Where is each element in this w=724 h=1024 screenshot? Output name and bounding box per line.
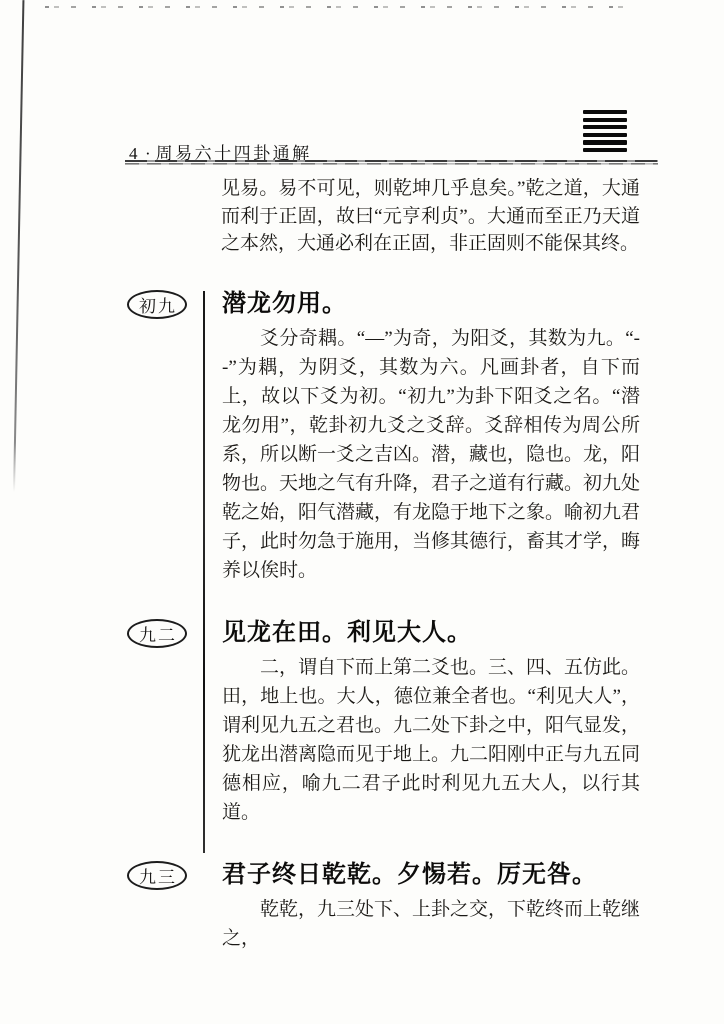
margin-label-column: 九二 [127,617,222,827]
hexagram-qian-icon [583,110,627,152]
line-label: 九二 [139,621,177,646]
commentary-sections: 初九 潜龙勿用。 爻分奇耦。“—”为奇，为阳爻，其数为九。“--”为耦，为阴爻，… [127,288,640,953]
line-label-badge: 九二 [127,619,187,648]
yang-line-bar [583,140,627,144]
section-text-column: 潜龙勿用。 爻分奇耦。“—”为奇，为阳爻，其数为九。“--”为耦，为阴爻，其数为… [222,288,640,585]
header-rule [125,160,658,165]
line-statement-heading: 潜龙勿用。 [222,288,640,321]
line-statement-heading: 君子终日乾乾。夕惕若。厉无咎。 [222,859,640,892]
intro-paragraph: 见易。易不可见，则乾坤几乎息矣。”乾之道，大通而利于正固，故曰“元亨利贞”。大通… [221,175,640,258]
section-divider-line [203,291,205,853]
scan-artifact-left-edge [13,0,24,492]
section-text-column: 君子终日乾乾。夕惕若。厉无咎。 乾乾，九三处下、上卦之交，下乾终而上乾继之， [222,859,640,953]
line-commentary: 乾乾，九三处下、上卦之交，下乾终而上乾继之， [222,895,640,953]
yang-line-bar [583,110,627,114]
line-label-badge: 初九 [127,290,187,319]
margin-label-column: 九三 [127,859,222,953]
yang-line-bar [583,118,627,122]
scanned-book-page: 4·周易六十四卦通解 见易。易不可见，则乾坤几乎息矣。”乾之道，大通而利于正固，… [0,0,724,1024]
line-label: 九三 [139,863,177,888]
section-jiu-san: 九三 君子终日乾乾。夕惕若。厉无咎。 乾乾，九三处下、上卦之交，下乾终而上乾继之… [127,859,640,953]
yang-line-bar [583,133,627,137]
line-label: 初九 [139,292,177,317]
line-label-badge: 九三 [127,861,187,890]
line-commentary: 爻分奇耦。“—”为奇，为阳爻，其数为九。“--”为耦，为阴爻，其数为六。凡画卦者… [222,324,640,585]
margin-label-column: 初九 [127,288,222,585]
yang-line-bar [583,148,627,152]
line-statement-heading: 见龙在田。利见大人。 [222,617,640,650]
section-text-column: 见龙在田。利见大人。 二，谓自下而上第二爻也。三、四、五仿此。田，地上也。大人，… [222,617,640,827]
scan-artifact-top-edge [45,6,627,8]
line-commentary: 二，谓自下而上第二爻也。三、四、五仿此。田，地上也。大人，德位兼全者也。“利见大… [222,653,640,827]
yang-line-bar [583,125,627,129]
